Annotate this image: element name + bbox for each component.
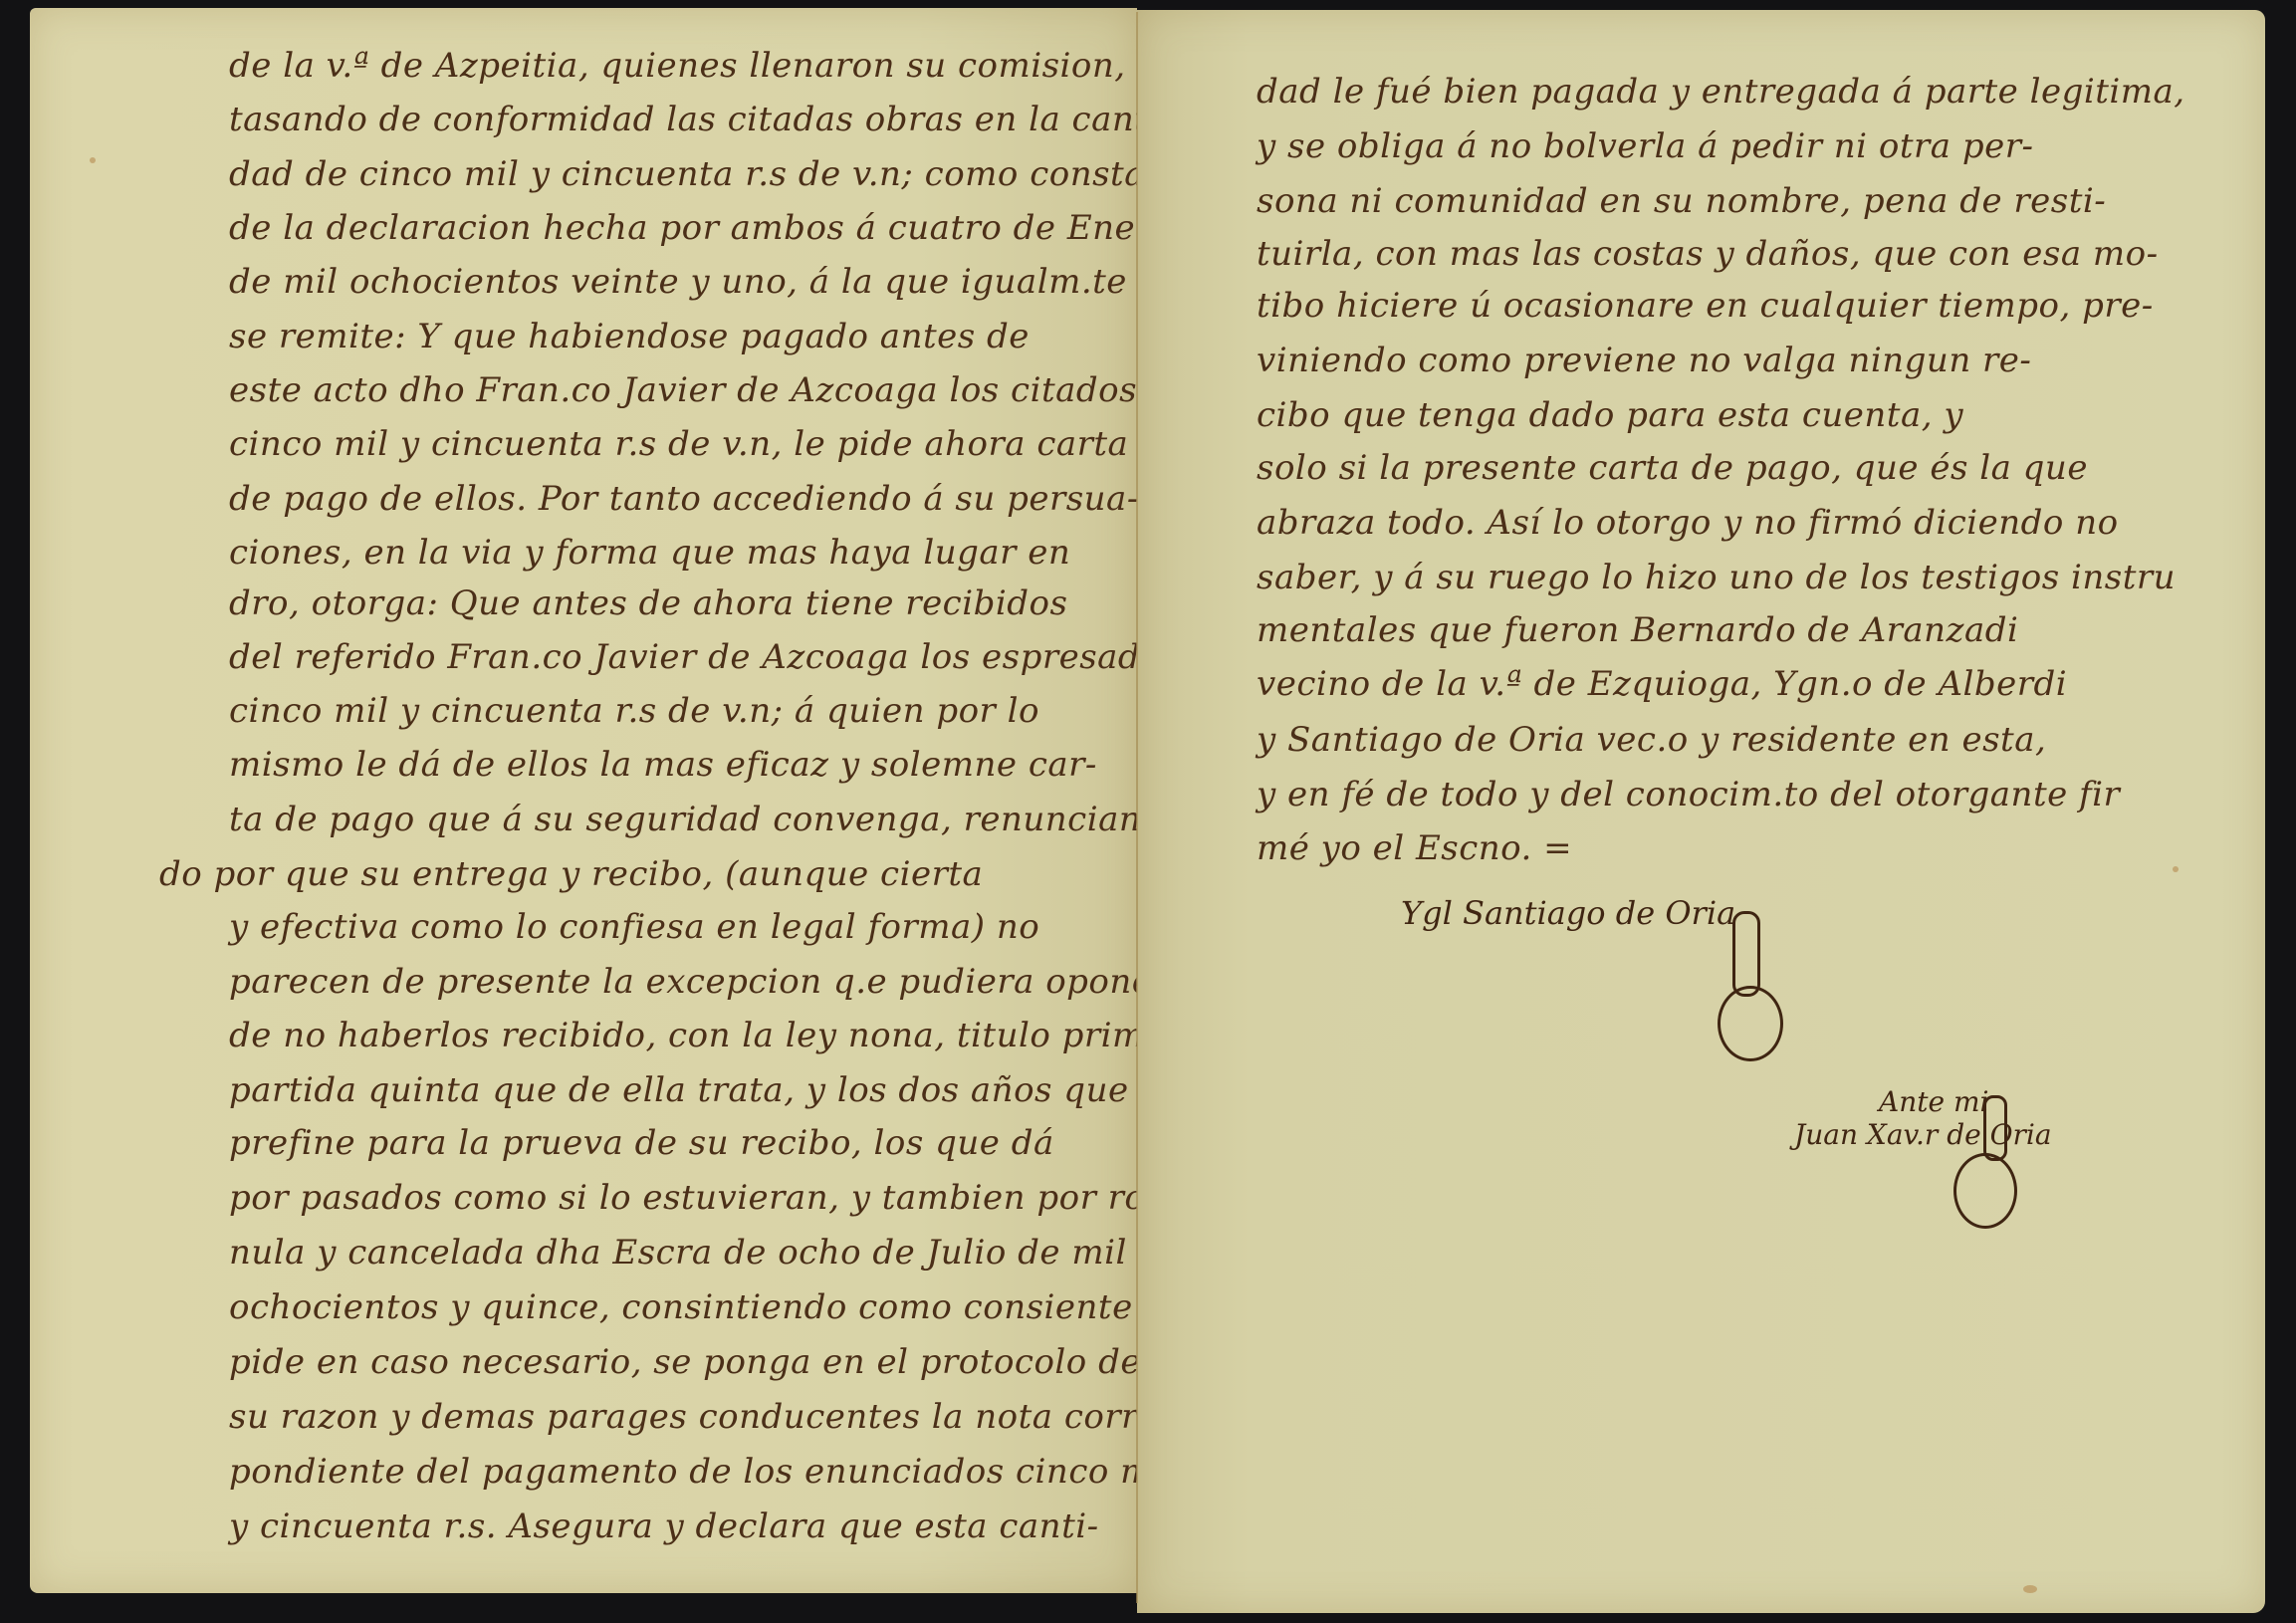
left-line: mismo le dá de ellos la mas eficaz y sol… bbox=[229, 745, 1105, 785]
right-line: abraza todo. Así lo otorgo y no firmó di… bbox=[1257, 503, 2153, 543]
right-line: solo si la presente carta de pago, que é… bbox=[1257, 448, 2153, 488]
left-line: tasando de conformidad las citadas obras… bbox=[229, 100, 1105, 139]
left-line: se remite: Y que habiendose pagado antes… bbox=[229, 317, 1105, 356]
left-line: del referido Fran.co Javier de Azcoaga l… bbox=[229, 637, 1105, 677]
paper-stain bbox=[2173, 866, 2179, 872]
left-line: este acto dho Fran.co Javier de Azcoaga … bbox=[229, 370, 1105, 410]
binding-fold bbox=[1136, 12, 1138, 1603]
right-line: viniendo como previene no valga ningun r… bbox=[1257, 341, 2153, 380]
notary-signature: Juan Xav.r de Oria bbox=[1794, 1118, 2052, 1151]
left-line: nula y cancelada dha Escra de ocho de Ju… bbox=[229, 1233, 1105, 1273]
left-line: de la v.ª de Azpeitia, quienes llenaron … bbox=[229, 46, 1105, 86]
right-line: y Santiago de Oria vec.o y residente en … bbox=[1257, 720, 2153, 760]
left-line: ta de pago que á su seguridad convenga, … bbox=[229, 800, 1105, 839]
left-line: cinco mil y cincuenta r.s de v.n; á quie… bbox=[229, 691, 1105, 731]
notary-attestation: Ante mi bbox=[1879, 1085, 1988, 1118]
right-line: dad le fué bien pagada y entregada á par… bbox=[1257, 72, 2153, 112]
left-line: de la declaracion hecha por ambos á cuat… bbox=[229, 208, 1105, 248]
left-line: dro, otorga: Que antes de ahora tiene re… bbox=[229, 583, 1105, 623]
left-line: cinco mil y cincuenta r.s de v.n, le pid… bbox=[229, 424, 1105, 464]
left-line: partida quinta que de ella trata, y los … bbox=[229, 1070, 1105, 1110]
right-line: saber, y á su ruego lo hizo uno de los t… bbox=[1257, 558, 2153, 597]
left-line: su razon y demas parages conducentes la … bbox=[229, 1397, 1105, 1437]
left-line: dad de cinco mil y cincuenta r.s de v.n;… bbox=[229, 154, 1105, 194]
left-line: ciones, en la via y forma que mas haya l… bbox=[229, 533, 1105, 573]
right-line: tibo hiciere ú ocasionare en cualquier t… bbox=[1257, 286, 2153, 326]
right-line: cibo que tenga dado para esta cuenta, y bbox=[1257, 395, 2153, 435]
paper-stain bbox=[2023, 1585, 2037, 1593]
left-line: pide en caso necesario, se ponga en el p… bbox=[229, 1342, 1105, 1382]
right-line: tuirla, con mas las costas y daños, que … bbox=[1257, 234, 2153, 274]
left-line: y efectiva como lo confiesa en legal for… bbox=[229, 907, 1105, 947]
left-line: ochocientos y quince, consintiendo como … bbox=[229, 1287, 1105, 1327]
right-page: dad le fué bien pagada y entregada á par… bbox=[1137, 10, 2265, 1613]
left-line: y cincuenta r.s. Asegura y declara que e… bbox=[229, 1507, 1105, 1546]
witness-rubric-loops bbox=[1732, 911, 1760, 997]
paper-stain bbox=[90, 157, 96, 163]
right-line: y en fé de todo y del conocim.to del oto… bbox=[1257, 775, 2153, 814]
left-line: de no haberlos recibido, con la ley nona… bbox=[229, 1016, 1105, 1055]
left-line: de pago de ellos. Por tanto accediendo á… bbox=[229, 479, 1105, 519]
left-line: por pasados como si lo estuvieran, y tam… bbox=[229, 1178, 1105, 1218]
right-line: y se obliga á no bolverla á pedir ni otr… bbox=[1257, 126, 2153, 166]
left-page: de la v.ª de Azpeitia, quienes llenaron … bbox=[30, 8, 1137, 1593]
witness-rubric-flourish bbox=[1718, 986, 1783, 1061]
left-line: do por que su entrega y recibo, (aunque … bbox=[159, 854, 1035, 894]
witness-signature: Ygl Santiago de Oria bbox=[1401, 894, 1735, 932]
left-line: parecen de presente la excepcion q.e pud… bbox=[229, 962, 1105, 1002]
left-line: de mil ochocientos veinte y uno, á la qu… bbox=[229, 262, 1105, 302]
right-line: mé yo el Escno. = bbox=[1257, 828, 2153, 868]
left-line: pondiente del pagamento de los enunciado… bbox=[229, 1452, 1105, 1492]
notary-rubric-flourish bbox=[1953, 1153, 2017, 1229]
right-line: mentales que fueron Bernardo de Aranzadi bbox=[1257, 610, 2153, 650]
right-line: vecino de la v.ª de Ezquioga, Ygn.o de A… bbox=[1257, 664, 2153, 704]
notary-rubric-loops bbox=[1983, 1095, 2007, 1161]
right-line: sona ni comunidad en su nombre, pena de … bbox=[1257, 181, 2153, 221]
left-line: prefine para la prueva de su recibo, los… bbox=[229, 1123, 1105, 1163]
